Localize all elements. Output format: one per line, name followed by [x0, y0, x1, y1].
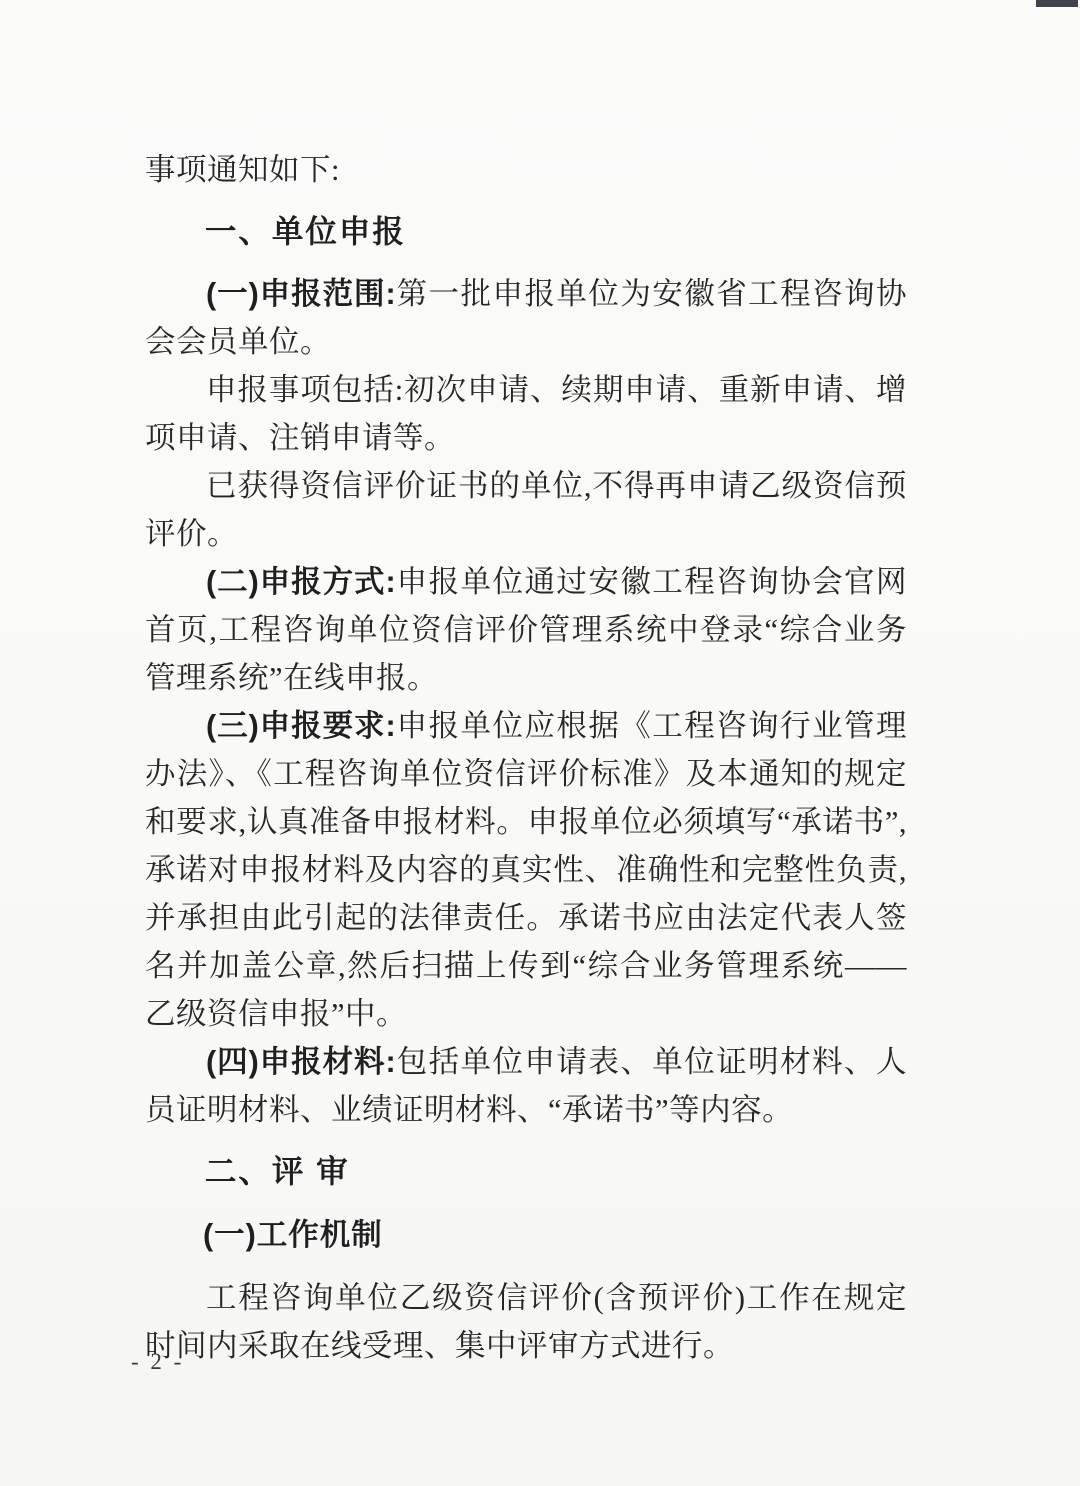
scanned-document-page: 事项通知如下: 一、单位申报 (一)申报范围:第一批申报单位为安徽省工程咨询协会…: [0, 0, 1080, 1486]
section-heading-1: 一、单位申报: [145, 206, 907, 256]
clause-label-1: (一)申报范围:: [206, 277, 396, 311]
scan-artifact-mark: [1036, 0, 1078, 7]
lead-text: 事项通知如下:: [145, 146, 907, 194]
clause-label-2: (二)申报方式:: [206, 565, 396, 599]
paragraph-text: 申报事项包括:初次申请、续期申请、重新申请、增项申请、注销申请等。: [145, 373, 907, 455]
page-number: - 2 -: [131, 1349, 184, 1375]
paragraph-items: 申报事项包括:初次申请、续期申请、重新申请、增项申请、注销申请等。: [145, 366, 907, 462]
document-body: 事项通知如下: 一、单位申报 (一)申报范围:第一批申报单位为安徽省工程咨询协会…: [145, 146, 907, 1370]
subsection-heading: (一)工作机制: [145, 1210, 907, 1260]
paragraph-text: 工程咨询单位乙级资信评价(含预评价)工作在规定时间内采取在线受理、集中评审方式进…: [145, 1281, 907, 1363]
section-heading-2: 二、评 审: [145, 1146, 907, 1196]
paragraph-mechanism: 工程咨询单位乙级资信评价(含预评价)工作在规定时间内采取在线受理、集中评审方式进…: [145, 1274, 907, 1370]
clause-label-4: (四)申报材料:: [206, 1045, 396, 1079]
paragraph-scope: (一)申报范围:第一批申报单位为安徽省工程咨询协会会员单位。: [145, 270, 907, 366]
paragraph-requirements: (三)申报要求:申报单位应根据《工程咨询行业管理办法》、《工程咨询单位资信评价标…: [145, 702, 907, 1038]
paragraph-text: 申报单位应根据《工程咨询行业管理办法》、《工程咨询单位资信评价标准》及本通知的规…: [145, 709, 907, 1031]
paragraph-method: (二)申报方式:申报单位通过安徽工程咨询协会官网首页,工程咨询单位资信评价管理系…: [145, 558, 907, 702]
paragraph-materials: (四)申报材料:包括单位申请表、单位证明材料、人员证明材料、业绩证明材料、“承诺…: [145, 1038, 907, 1134]
clause-label-3: (三)申报要求:: [206, 709, 396, 743]
paragraph-text: 已获得资信评价证书的单位,不得再申请乙级资信预评价。: [145, 469, 907, 551]
paragraph-restriction: 已获得资信评价证书的单位,不得再申请乙级资信预评价。: [145, 462, 907, 558]
